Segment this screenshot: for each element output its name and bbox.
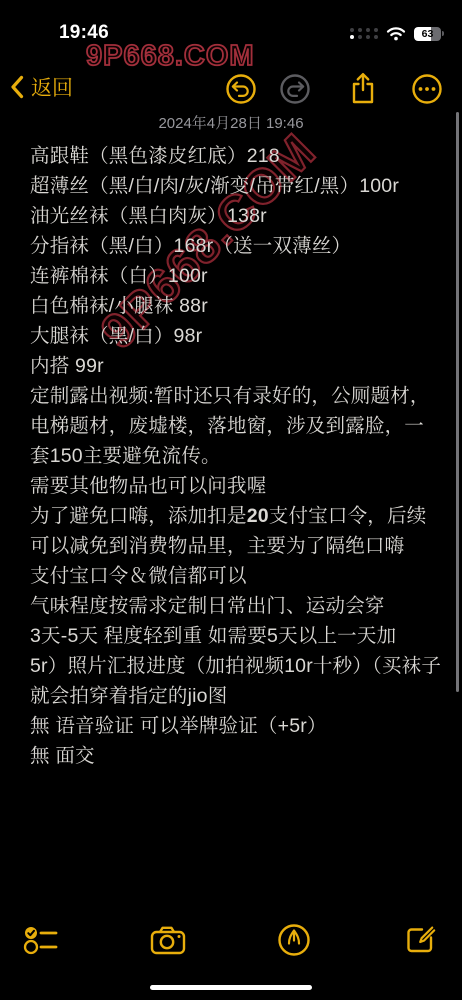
note-line: 支付宝口令＆微信都可以 <box>30 561 438 591</box>
scrollbar[interactable] <box>456 112 459 692</box>
note-line: 分指袜（黑/白）168r（送一双薄丝） <box>30 231 438 261</box>
note-line: 大腿袜（黑/白）98r <box>30 321 438 351</box>
status-time: 19:46 <box>50 22 118 44</box>
note-line: 为了避免口嗨，添加扣是20支付宝口令，后续 <box>30 501 438 531</box>
note-line: 超薄丝（黑/白/肉/灰/渐变/吊带红/黑）100r <box>30 171 438 201</box>
checklist-icon <box>23 925 61 955</box>
note-line: 连裤棉袜（白）100r <box>30 261 438 291</box>
camera-button[interactable] <box>146 918 190 962</box>
note-line: 套150主要避免流传。 <box>30 441 438 471</box>
share-button[interactable] <box>346 72 380 106</box>
camera-icon <box>150 925 186 955</box>
share-icon <box>347 71 379 107</box>
note-line: 内搭 99r <box>30 351 438 381</box>
battery-icon: 63 <box>414 27 441 41</box>
cellular-signal-icon <box>350 28 378 39</box>
wifi-icon <box>386 26 406 41</box>
note-line: 定制露出视频:暂时还只有录好的，公厕题材， <box>30 381 438 411</box>
note-line: 白色棉袜/小腿袜 88r <box>30 291 438 321</box>
back-button-label: 返回 <box>31 72 73 102</box>
note-date: 2024年4月28日 19:46 <box>0 112 462 133</box>
note-line: 5r）照片汇报进度（加拍视频10r十秒）（买袜子 <box>30 651 438 681</box>
undo-button[interactable] <box>224 72 258 106</box>
battery-nub <box>442 31 444 36</box>
chevron-left-icon <box>10 75 24 99</box>
notes-app-screen: 19:46 63 9P668.COM 9P668.COM <box>0 0 462 1000</box>
note-line: 电梯题材，废墟楼，落地窗，涉及到露脸，一 <box>30 411 438 441</box>
redo-icon <box>279 73 311 105</box>
checklist-button[interactable] <box>20 918 64 962</box>
square-and-pencil-icon <box>403 923 437 957</box>
nav-bar: 返回 <box>0 70 462 110</box>
status-bar: 19:46 63 <box>0 0 462 54</box>
battery-percent: 63 <box>414 27 441 41</box>
note-line: 油光丝袜（黑白肉灰）138r <box>30 201 438 231</box>
back-button[interactable]: 返回 <box>10 72 73 102</box>
home-indicator[interactable] <box>150 985 312 990</box>
undo-icon <box>225 73 257 105</box>
note-line: 可以减免到消费物品里，主要为了隔绝口嗨 <box>30 531 438 561</box>
bottom-toolbar <box>0 910 462 970</box>
note-line: 無 语音验证 可以举牌验证（+5r） <box>30 711 438 741</box>
note-line: 高跟鞋（黑色漆皮红底）218 <box>30 141 438 171</box>
compose-button[interactable] <box>398 918 442 962</box>
pen-tip-circle-icon <box>277 923 311 957</box>
redo-button[interactable] <box>278 72 312 106</box>
ellipsis-circle-icon <box>411 73 443 105</box>
note-line: 就会拍穿着指定的jio图 <box>30 681 438 711</box>
note-body[interactable]: 高跟鞋（黑色漆皮红底）218超薄丝（黑/白/肉/灰/渐变/吊带红/黑）100r油… <box>30 141 438 771</box>
more-options-button[interactable] <box>410 72 444 106</box>
markup-button[interactable] <box>272 918 316 962</box>
note-line: 需要其他物品也可以问我喔 <box>30 471 438 501</box>
note-line: 無 面交 <box>30 741 438 771</box>
note-line: 气味程度按需求定制日常出门、运动会穿 <box>30 591 438 621</box>
note-line: 3天-5天 程度轻到重 如需要5天以上一天加 <box>30 621 438 651</box>
